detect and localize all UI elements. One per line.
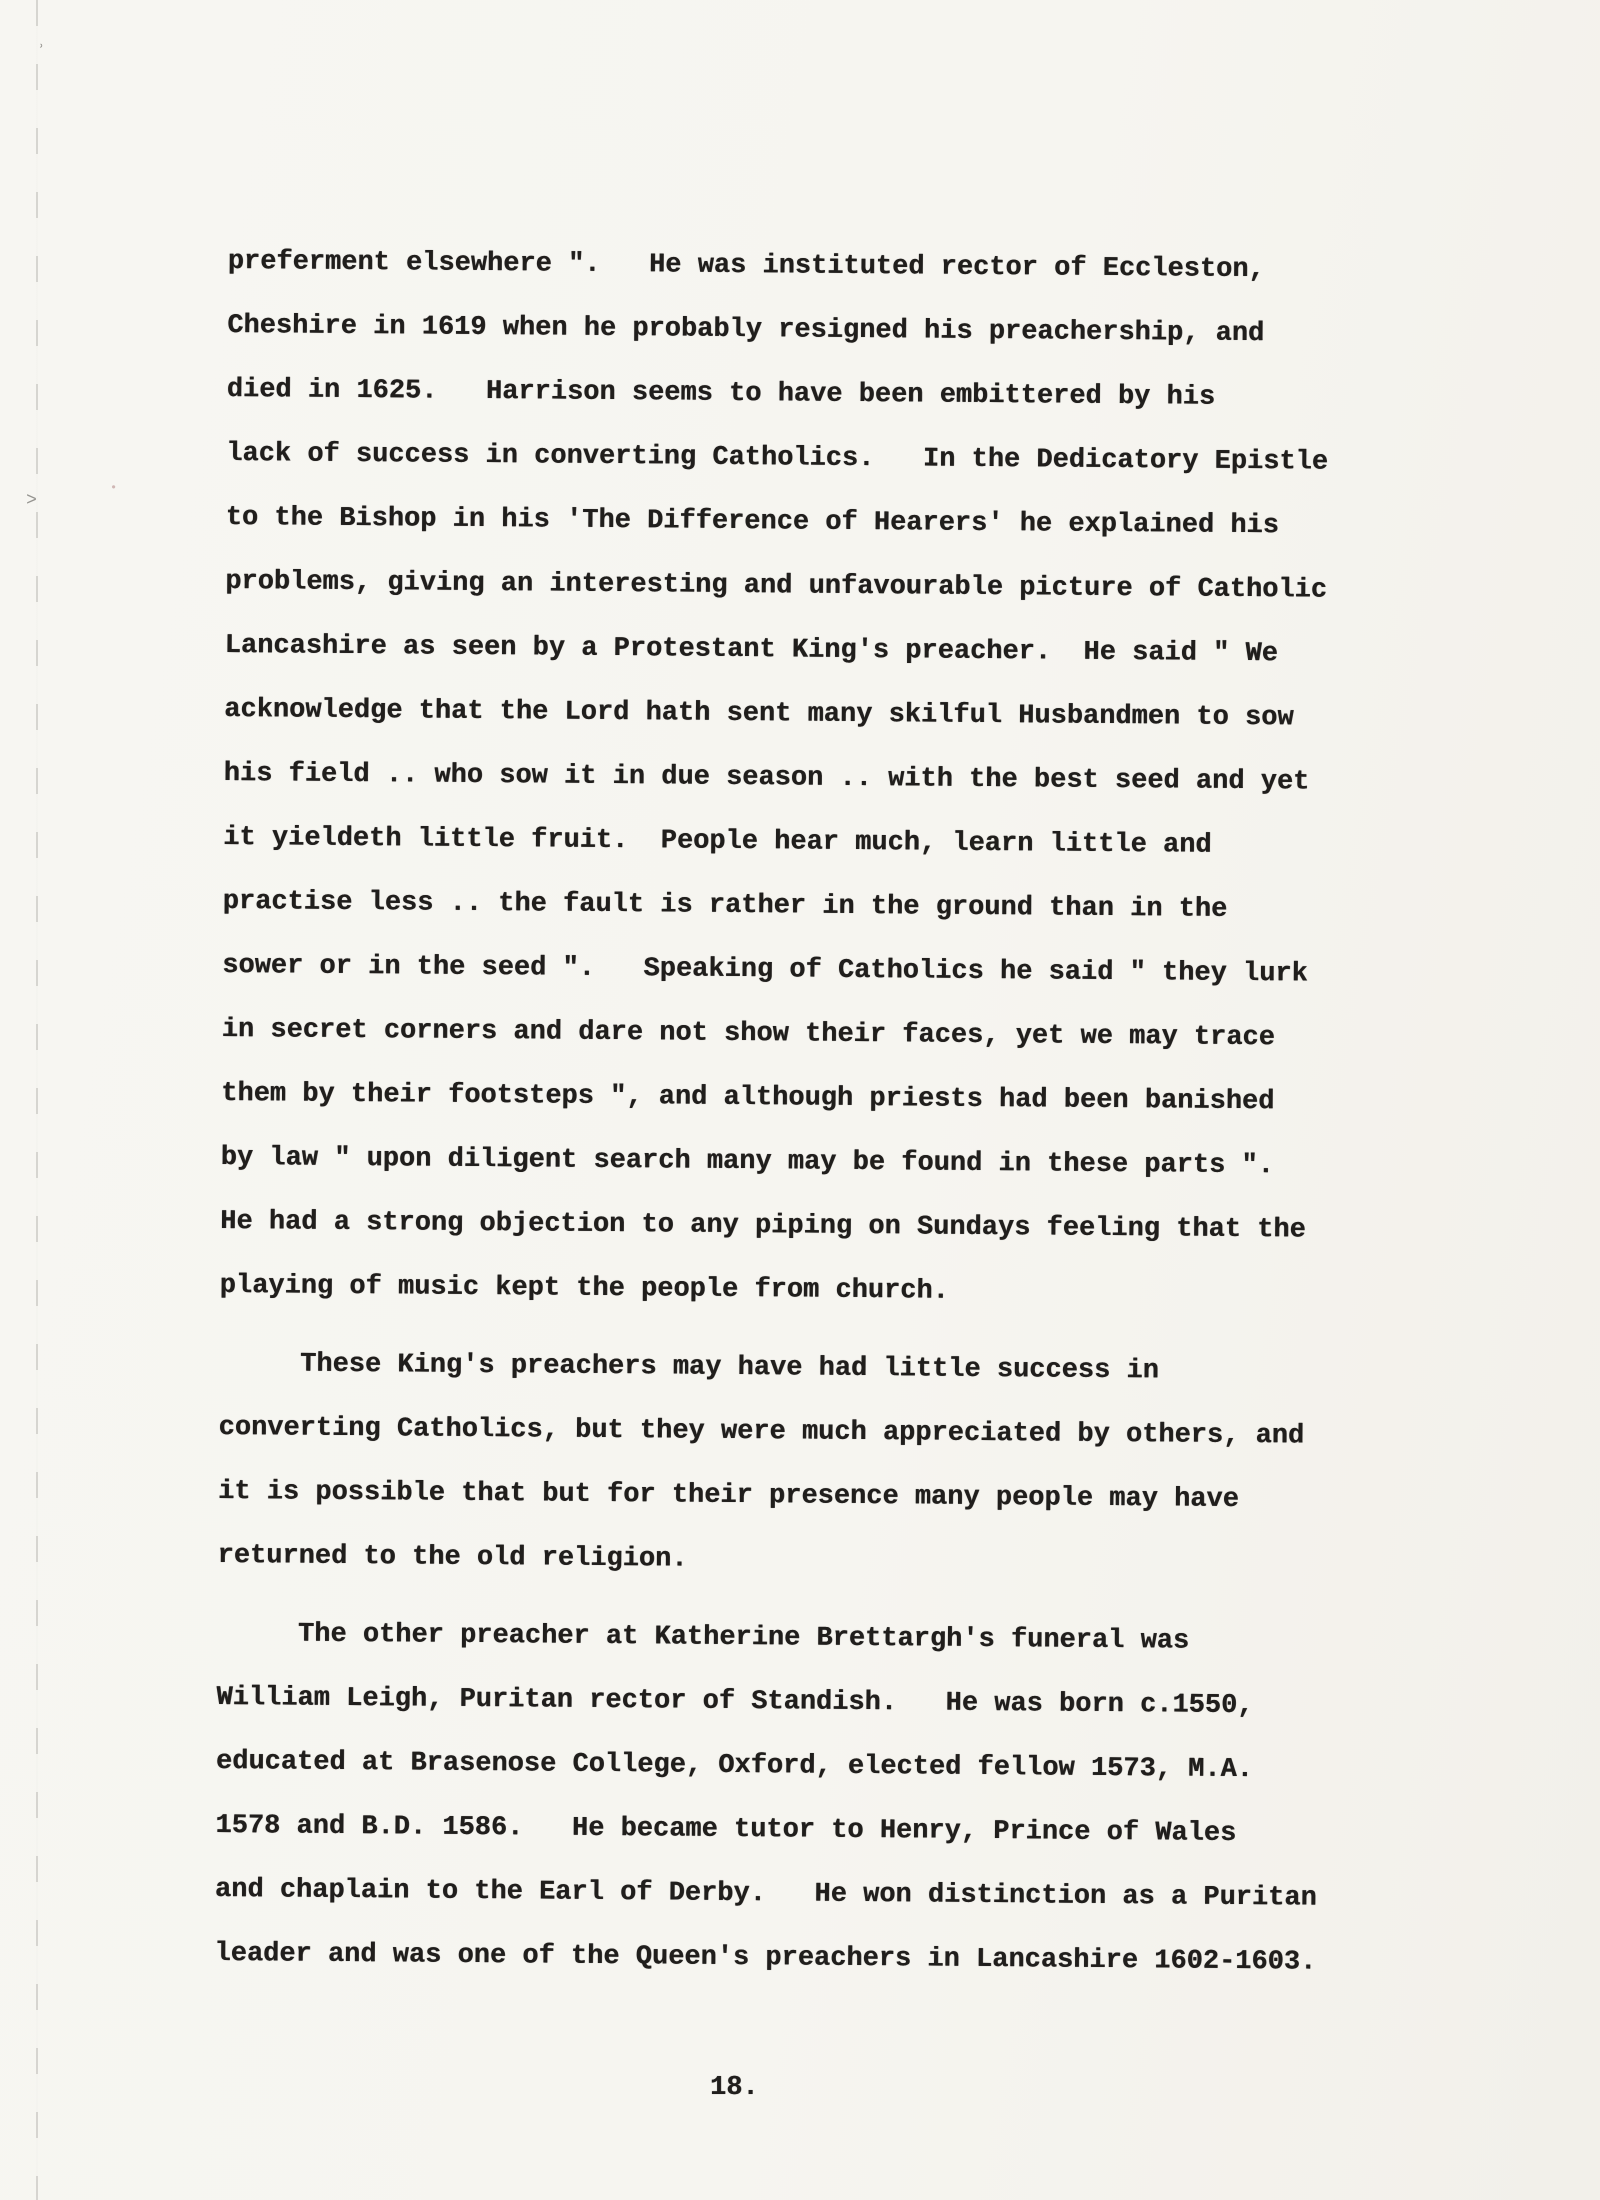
text-line: to the Bishop in his 'The Difference of … xyxy=(225,486,1405,559)
page-number: 18. xyxy=(710,2056,759,2120)
text-line: problems, giving an interesting and unfa… xyxy=(225,550,1405,623)
text-line: leader and was one of the Queen's preach… xyxy=(214,1922,1394,1995)
text-line: converting Catholics, but they were much… xyxy=(218,1396,1398,1469)
text-line: them by their footsteps ", and although … xyxy=(221,1062,1401,1135)
text-line: preferment elsewhere ". He was institute… xyxy=(227,230,1407,303)
text-line: Cheshire in 1619 when he probably resign… xyxy=(227,294,1407,367)
text-line: 1578 and B.D. 1586. He became tutor to H… xyxy=(215,1794,1395,1867)
paragraph: preferment elsewhere ". He was institute… xyxy=(219,230,1408,1327)
text-line: The other preacher at Katherine Brettarg… xyxy=(217,1602,1397,1675)
text-line: William Leigh, Puritan rector of Standis… xyxy=(216,1666,1396,1739)
paragraph: The other preacher at Katherine Brettarg… xyxy=(214,1602,1397,1995)
scan-artifact: ʾ xyxy=(32,43,48,67)
text-line: practise less .. the fault is rather in … xyxy=(222,870,1402,943)
scan-artifact: • xyxy=(110,482,117,494)
text-line: playing of music kept the people from ch… xyxy=(219,1254,1399,1327)
text-line: These King's preachers may have had litt… xyxy=(219,1332,1399,1405)
paragraph: These King's preachers may have had litt… xyxy=(217,1332,1399,1597)
text-line: He had a strong objection to any piping … xyxy=(220,1190,1400,1263)
typewritten-page-body: preferment elsewhere ". He was institute… xyxy=(214,230,1408,1995)
text-line: by law " upon diligent search many may b… xyxy=(220,1126,1400,1199)
text-line: educated at Brasenose College, Oxford, e… xyxy=(216,1730,1396,1803)
text-line: acknowledge that the Lord hath sent many… xyxy=(224,678,1404,751)
text-line: it yieldeth little fruit. People hear mu… xyxy=(223,806,1403,879)
scan-artifact: ˃ xyxy=(26,492,37,510)
text-line: lack of success in converting Catholics.… xyxy=(226,422,1406,495)
text-line: and chaplain to the Earl of Derby. He wo… xyxy=(215,1858,1395,1931)
text-line: Lancashire as seen by a Protestant King'… xyxy=(224,614,1404,687)
text-line: returned to the old religion. xyxy=(217,1524,1397,1597)
text-line: his field .. who sow it in due season ..… xyxy=(223,742,1403,815)
text-line: in secret corners and dare not show thei… xyxy=(221,998,1401,1071)
text-line: sower or in the seed ". Speaking of Cath… xyxy=(222,934,1402,1007)
scan-fold-line xyxy=(36,0,38,2200)
text-line: died in 1625. Harrison seems to have bee… xyxy=(226,358,1406,431)
text-line: it is possible that but for their presen… xyxy=(218,1460,1398,1533)
